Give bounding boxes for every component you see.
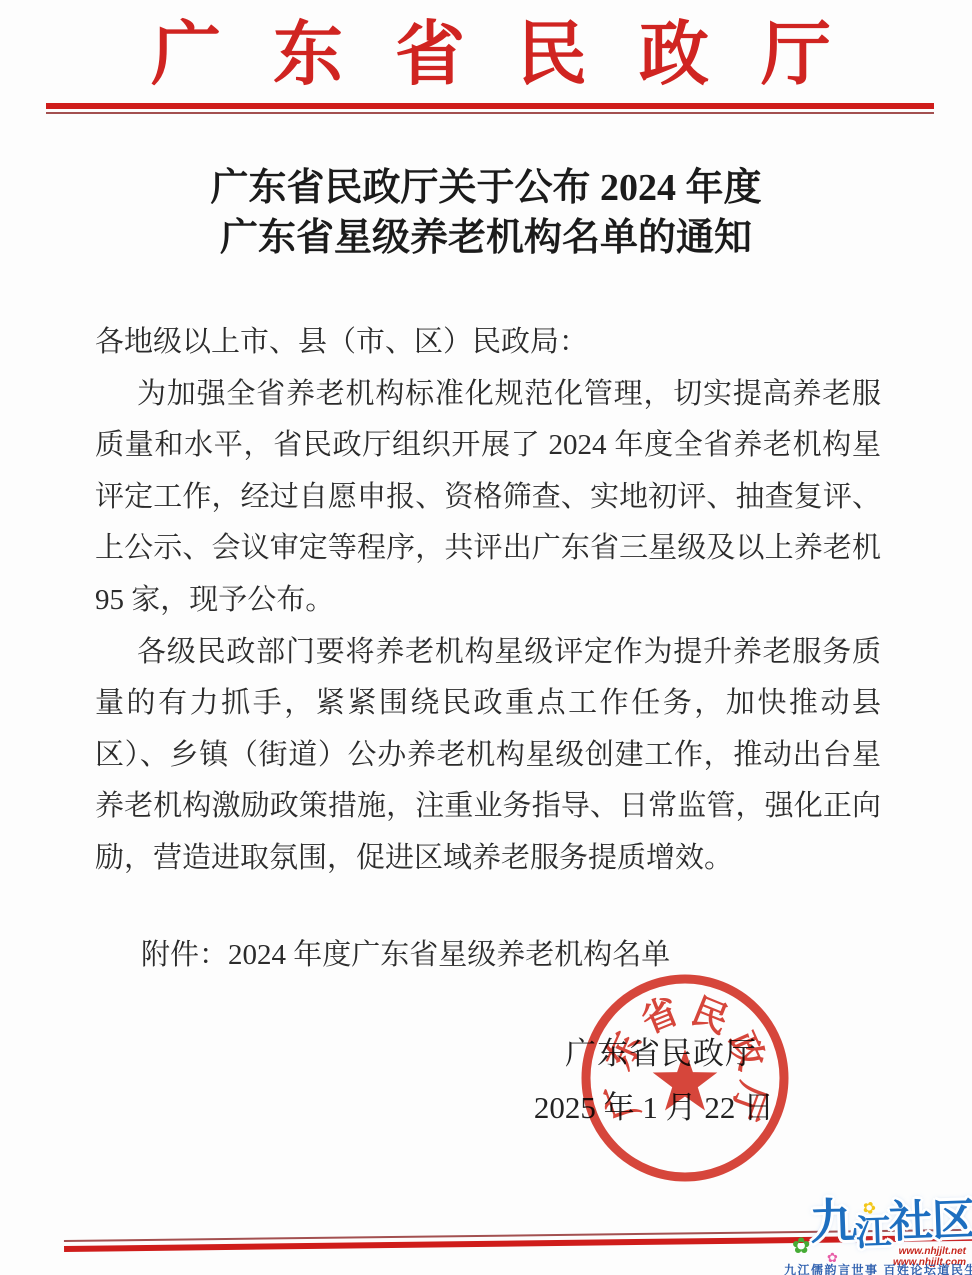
body-text: 各地级以上市、县（市、区）民政局： 为加强全省养老机构标准化规范化管理，切实提高…: [95, 317, 881, 885]
body-line: 励，营造进取氛围，促进区域养老服务提质增效。: [95, 833, 881, 885]
salutation: 各地级以上市、县（市、区）民政局：: [95, 317, 881, 369]
body-line: 95 家，现予公布。: [95, 575, 881, 627]
watermark-char: 九: [809, 1200, 859, 1246]
letterhead-rule-thin: [46, 112, 934, 114]
watermark-logo: ✿ ✿ ✿ 九 江 社 区 www.nhjjlt.net www.nhjjlt.…: [780, 1193, 972, 1275]
document-page: 广东省民政厅 广东省民政厅关于公布 2024 年度 广东省星级养老机构名单的通知…: [0, 0, 972, 1275]
seal-char: 省: [636, 991, 684, 1042]
seal-char: 东: [598, 1026, 649, 1075]
seal-char: 民: [686, 991, 734, 1042]
watermark-name: 九 江 社 区: [809, 1196, 972, 1252]
official-seal: 广 东 省 民 政 厅: [578, 971, 792, 1185]
doc-title-line1: 广东省民政厅关于公布 2024 年度: [0, 163, 972, 213]
watermark-tagline: 九江儒韵言世事 百姓论坛道民生: [784, 1261, 972, 1275]
letterhead-rule: [46, 103, 934, 114]
body-line: 评定工作，经过自愿申报、资格筛查、实地初评、抽查复评、网: [95, 472, 881, 524]
letterhead-agency-title: 广东省民政厅: [0, 10, 972, 102]
attachment-line: 附件：2024 年度广东省星级养老机构名单: [95, 932, 881, 973]
watermark-url-net: www.nhjjlt.net: [893, 1246, 966, 1257]
body-line: 量的有力抓手，紧紧围绕民政重点工作任务，加快推动县（市、: [95, 678, 881, 730]
body-line: 区）、乡镇（街道）公办养老机构星级创建工作，推动出台星级: [95, 730, 881, 782]
body-line: 各级民政部门要将养老机构星级评定作为提升养老服务质: [95, 627, 881, 679]
watermark-char: 社: [888, 1202, 933, 1244]
seal-char: 政: [721, 1026, 772, 1075]
body-line: 养老机构激励政策措施，注重业务指导、日常监管，强化正向激: [95, 781, 881, 833]
seal-char: 厅: [723, 1077, 773, 1125]
letterhead-rule-thick: [46, 103, 934, 109]
body-line: 为加强全省养老机构标准化规范化管理，切实提高养老服务: [95, 369, 881, 421]
body-line: 质量和水平，省民政厅组织开展了 2024 年度全省养老机构星级: [95, 420, 881, 472]
flower-icon-green: ✿: [792, 1235, 810, 1257]
body-line: 上公示、会议审定等程序，共评出广东省三星级及以上养老机构: [95, 523, 881, 575]
doc-title: 广东省民政厅关于公布 2024 年度 广东省星级养老机构名单的通知: [0, 163, 972, 263]
doc-title-line2: 广东省星级养老机构名单的通知: [0, 213, 972, 263]
watermark-char: 江: [855, 1215, 892, 1250]
seal-char: 广: [597, 1077, 647, 1125]
watermark-char: 区: [931, 1200, 972, 1242]
seal-star: [653, 1049, 718, 1111]
